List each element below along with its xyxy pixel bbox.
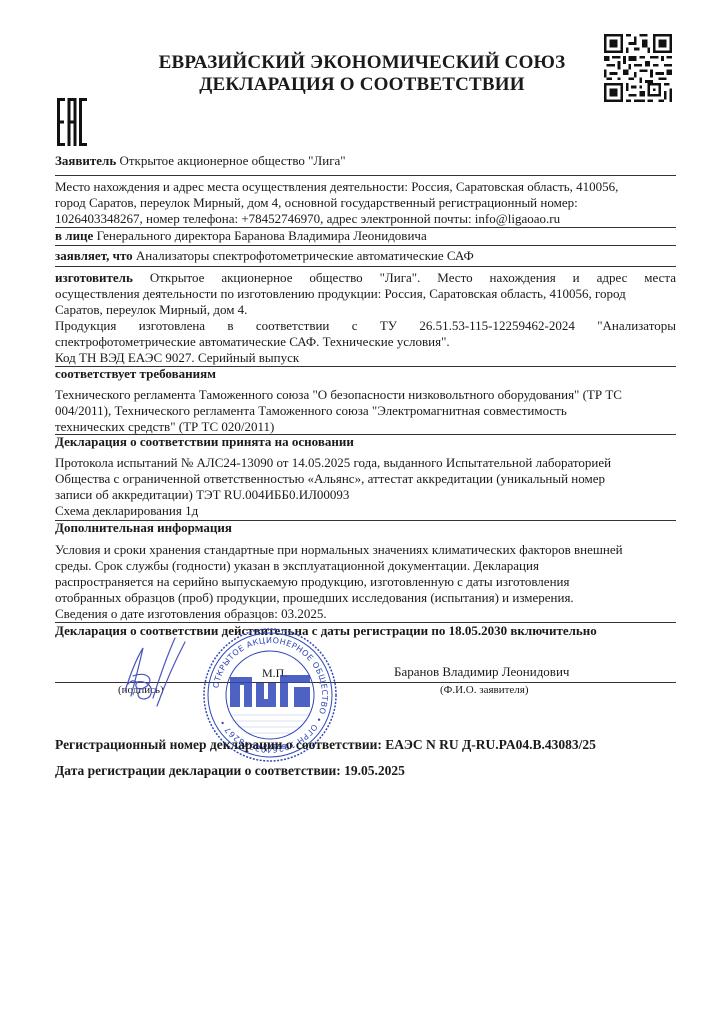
additional-line: распространяется на серийно выпускаемую … (55, 574, 676, 590)
applicant-name-caption: (Ф.И.О. заявителя) (440, 684, 529, 696)
manufacturer-line: Продукция изготовлена в соответствии с Т… (55, 318, 676, 334)
manufacturer-value: Открытое акционерное общество "Лига". Ме… (150, 270, 676, 285)
manufacturer-block: изготовитель Открытое акционерное общест… (55, 270, 676, 366)
address-line: Место нахождения и адрес места осуществл… (55, 179, 676, 195)
divider (55, 175, 676, 176)
manufacturer-line: изготовитель Открытое акционерное общест… (55, 270, 676, 286)
declares-row: заявляет, что Анализаторы спектрофотомет… (55, 248, 676, 264)
requirements-heading: соответствует требованиям (55, 366, 676, 382)
address-block: Место нахождения и адрес места осуществл… (55, 179, 676, 227)
additional-line: Условия и сроки хранения стандартные при… (55, 542, 676, 558)
additional-line: отобранных образцов (проб) продукции, пр… (55, 590, 676, 606)
requirements-line: 004/2011), Технического регламента Тамож… (55, 403, 676, 419)
divider (55, 245, 676, 246)
requirements-line: Технического регламента Таможенного союз… (55, 387, 676, 403)
represented-by-row: в лице Генерального директора Баранова В… (55, 228, 676, 244)
basis-block: Протокола испытаний № АЛС24-13090 от 14.… (55, 455, 676, 519)
declares-value: Анализаторы спектрофотометрические автом… (136, 248, 474, 263)
additional-block: Условия и сроки хранения стандартные при… (55, 542, 676, 622)
represented-by-value: Генерального директора Баранова Владимир… (97, 228, 427, 243)
additional-heading: Дополнительная информация (55, 520, 676, 536)
eac-mark-icon (57, 98, 87, 146)
basis-line: Протокола испытаний № АЛС24-13090 от 14.… (55, 455, 676, 471)
manufacturer-label: изготовитель (55, 270, 133, 285)
applicant-label: Заявитель (55, 153, 116, 168)
declares-label: заявляет, что (55, 248, 133, 263)
additional-line: Сведения о дате изготовления образцов: 0… (55, 606, 676, 622)
basis-line: записи об аккредитации) ТЭТ RU.004ИББ0.И… (55, 487, 676, 503)
manufacturer-line: спектрофотометрические автоматические СА… (55, 334, 676, 350)
address-line: город Саратов, переулок Мирный, дом 4, о… (55, 195, 676, 211)
applicant-row: Заявитель Открытое акционерное общество … (55, 153, 676, 169)
manufacturer-line: Саратов, переулок Мирный, дом 4. (55, 302, 676, 318)
applicant-name: Баранов Владимир Леонидович (394, 664, 569, 680)
registration-date: Дата регистрации декларации о соответств… (55, 763, 676, 779)
basis-line: Общества с ограниченной ответственностью… (55, 471, 676, 487)
applicant-value: Открытое акционерное общество "Лига" (119, 153, 345, 168)
requirements-line: технических средств" (ТР ТС 020/2011) (55, 419, 676, 435)
basis-heading: Декларация о соответствии принята на осн… (55, 434, 676, 450)
divider (55, 266, 676, 267)
manufacturer-line: осуществления деятельности по изготовлен… (55, 286, 676, 302)
represented-by-label: в лице (55, 228, 93, 243)
hs-code-line: Код ТН ВЭД ЕАЭС 9027. Серийный выпуск (55, 350, 676, 366)
registration-number: Регистрационный номер декларации о соотв… (55, 737, 676, 753)
handwritten-signature-icon (95, 636, 205, 716)
qr-code-icon[interactable] (604, 33, 672, 103)
additional-line: среды. Срок службы (годности) указан в э… (55, 558, 676, 574)
requirements-block: Технического регламента Таможенного союз… (55, 387, 676, 435)
declaration-scheme: Схема декларирования 1д (55, 503, 676, 519)
address-line: 1026403348267, номер телефона: +78452746… (55, 211, 676, 227)
